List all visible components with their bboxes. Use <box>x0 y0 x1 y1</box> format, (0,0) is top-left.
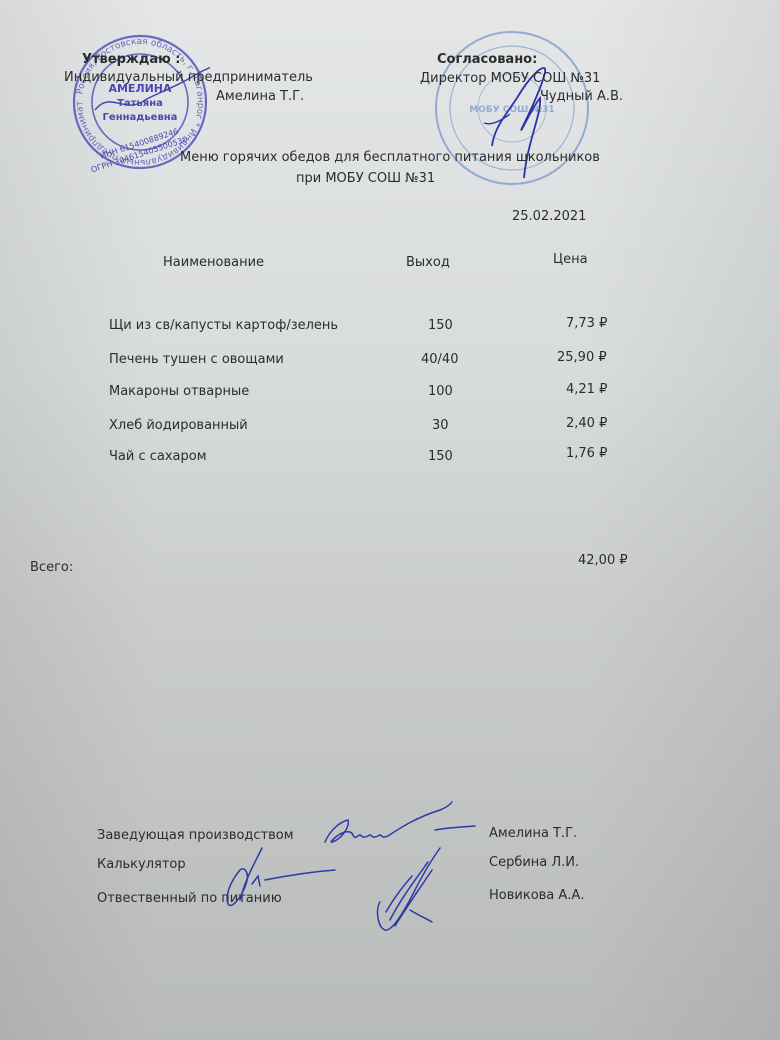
agree-position: Директор МОБУ СОШ №31 <box>420 71 600 87</box>
column-header-name: Наименование <box>163 255 264 271</box>
svg-text:Россия, Ростовская область, г.: Россия, Ростовская область, г. Таганрог … <box>70 30 205 167</box>
dish-price: 25,90 ₽ <box>557 350 607 366</box>
dish-name: Щи из св/капусты картоф/зелень <box>109 318 338 334</box>
dish-name: Хлеб йодированный <box>109 418 248 434</box>
handwritten-signature-icon <box>200 800 490 940</box>
dish-yield: 30 <box>432 418 449 434</box>
agree-heading: Согласовано: <box>437 52 537 68</box>
dish-name: Печень тушен с овощами <box>109 352 284 368</box>
svg-text:Геннадьевна: Геннадьевна <box>103 112 178 123</box>
page-subtitle: при МОБУ СОШ №31 <box>296 171 435 187</box>
signature-name: Амелина Т.Г. <box>489 826 577 842</box>
dish-name: Макароны отварные <box>109 384 249 400</box>
svg-text:ОГРН 304615405500530: ОГРН 304615405500530 <box>90 135 189 175</box>
dish-yield: 100 <box>428 384 453 400</box>
signature-role: Калькулятор <box>97 857 186 873</box>
signature-name: Сербина Л.И. <box>489 855 579 871</box>
total-label: Всего: <box>30 560 73 576</box>
column-header-price: Цена <box>553 252 588 268</box>
approve-heading: Утверждаю : <box>82 52 180 68</box>
agree-name: Чудный А.В. <box>540 89 623 105</box>
svg-text:ИНН 615400889246: ИНН 615400889246 <box>99 127 179 161</box>
dish-price: 1,76 ₽ <box>566 446 607 462</box>
total-value: 42,00 ₽ <box>578 553 628 569</box>
dish-price: 7,73 ₽ <box>566 316 607 332</box>
svg-text:Татьяна: Татьяна <box>117 98 163 109</box>
page-title: Меню горячих обедов для бесплатного пита… <box>180 150 600 166</box>
dish-yield: 150 <box>428 318 453 334</box>
svg-text:МОБУ СОШ №31: МОБУ СОШ №31 <box>469 105 554 115</box>
dish-name: Чай с сахаром <box>109 449 207 465</box>
document-date: 25.02.2021 <box>512 209 586 225</box>
dish-price: 4,21 ₽ <box>566 382 607 398</box>
dish-yield: 150 <box>428 449 453 465</box>
approve-position: Индивидуальный предприниматель <box>64 70 313 86</box>
approve-name: Амелина Т.Г. <box>216 89 304 105</box>
dish-price: 2,40 ₽ <box>566 416 607 432</box>
signature-name: Новикова А.А. <box>489 888 584 904</box>
dish-yield: 40/40 <box>421 352 458 368</box>
column-header-yield: Выход <box>406 255 450 271</box>
signature-role: Отвественный по питанию <box>97 891 282 907</box>
signature-role: Заведующая производством <box>97 828 294 844</box>
